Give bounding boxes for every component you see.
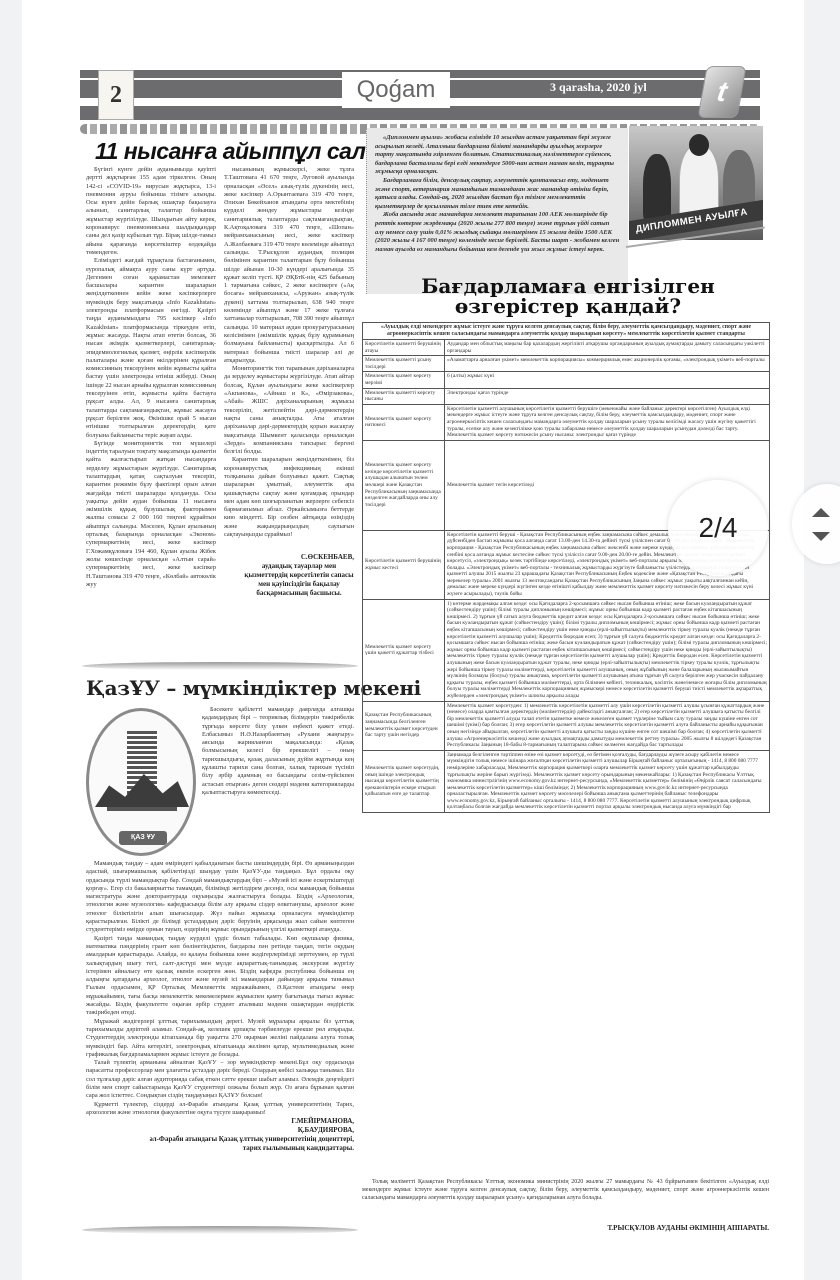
table-row: Мемлекеттік қызмет көрсетудің, оның ішін… (363, 750, 770, 812)
person-figure (643, 154, 671, 220)
author-name: Г.МЕЙІРМАНОВА, (86, 1117, 354, 1126)
section-shadow-divider (82, 1226, 358, 1234)
section-title: Qoǵam (357, 76, 436, 104)
page-number: 2 (110, 82, 122, 109)
scroll-down-arrow-icon[interactable] (812, 532, 830, 541)
masthead: 2 Qoǵam 3 qarasha, 2020 jyl t (80, 70, 760, 120)
table-row: Мемлекеттік қызмет көрсету мерзімі 6 (ал… (363, 372, 770, 388)
page-number-box: 2 (98, 70, 134, 120)
table-key: Мемлекеттік қызмет көрсету нәтижесі (363, 404, 445, 440)
scroll-up-arrow-icon[interactable] (812, 508, 830, 517)
paragraph: Құрметті түлектер, сіздерді әл-Фараби ат… (86, 1101, 354, 1118)
table-value: «Азаматтарға арналған үкімет» мемлекетті… (445, 356, 770, 372)
table-value: Электронды/ қағаз түрінде (445, 388, 770, 404)
table-key: Қазақстан Республикасының заңнамасында б… (363, 701, 445, 750)
author-title: әл-Фараби атындағы Қазақ ұлттық универси… (86, 1135, 354, 1153)
promo-photo: ДИПЛОММЕН АУЫЛҒА (629, 126, 763, 240)
author-title: аудандық тауарлар мен қызметтердің көрсе… (224, 562, 354, 598)
table-value: 6 (алты) жұмыс күні (445, 372, 770, 388)
table-key: Көрсетілетін қызметті берушінің атауы (363, 340, 445, 356)
table-key: Мемлекеттік қызмет көрсетудің, оның ішін… (363, 750, 445, 812)
paragraph: Бүгінгі күнге дейін ауданымызда қауіпті … (86, 166, 216, 257)
promo-box: «Дипломмен ауылға» жобасы елімізде 10 жы… (366, 128, 628, 294)
table-key: Мемлекеттік қызметті көрсету нысаны (363, 388, 445, 404)
table-value: Заңнамада белгіленген тәртіппен өзіне өз… (445, 750, 770, 812)
author-name: Қ.БАУДИЯРОВА, (86, 1126, 354, 1135)
table-row: Көрсетілетін қызметті берушінің атауы Ау… (363, 340, 770, 356)
table-key: Мемлекеттік қызметті ұсыну тәсілдері (363, 356, 445, 372)
publisher-signature: Т.РЫСҚҰЛОВ АУДАНЫ ӘКІМІНІҢ АППАРАТЫ. (362, 1224, 769, 1232)
table-row: Мемлекеттік қызмет көрсету нәтижесі Көрс… (363, 404, 770, 440)
emblem-caption: ҚАЗ ҰУ (119, 831, 167, 845)
article-body: Мамандық таңдау – адам өміріндегі қабылд… (86, 860, 354, 1153)
table-key: Көрсетілетін қызметті берушінің жұмыс ке… (363, 530, 445, 599)
table-title: «Ауылдық елді мекендерге жұмыс істеуге ж… (363, 323, 770, 340)
article-headline: Бағдарламаға енгізілген өзгерістер қанда… (362, 276, 774, 316)
page-indicator: 2/4 (668, 480, 768, 576)
paragraph: Бүгінде мониторингтік топ мүшелері індет… (86, 440, 216, 589)
table-key: Мемлекеттік қызмет көрсету мерзімі (363, 372, 445, 388)
article-intro: Бәсекеге қабілетті мамандар даярлауда ал… (202, 706, 354, 797)
promo-paragraph: «Дипломмен ауылға» жобасы елімізде 10 жы… (375, 134, 620, 177)
paragraph: нысанының жұмыскерсі, жеке тұлға Т.Ташто… (224, 166, 354, 365)
paragraph: Еліміздегі жағдай тұрақтала бастағанымен… (86, 257, 216, 440)
article-column-2: нысанының жұмыскерсі, жеке тұлға Т.Ташто… (224, 166, 354, 598)
table-key: Мемлекеттік қызмет көрсету үшін қажетті … (363, 599, 445, 701)
paragraph: Мониторингтік топ тарапынан дәріханаларғ… (224, 365, 354, 456)
section-shadow-divider (82, 662, 358, 670)
table-row: Мемлекеттік қызметті көрсету нысаны Элек… (363, 388, 770, 404)
article-column-1: Бүгінгі күнге дейін ауданымызда қауіпті … (86, 166, 216, 589)
author-name: С.ӨСКЕНБАЕВ, (224, 553, 354, 562)
issue-date: 3 qarasha, 2020 jyl (550, 80, 647, 95)
paragraph: Қазіргі таңда мамандық таңдау күрделі үр… (86, 935, 354, 1018)
section-title-box: Qoǵam (342, 72, 450, 108)
table-value: Көрсетілетін қызметті алушының көрсетіле… (445, 404, 770, 440)
promo-paragraph: Жоба аясында жас мамандарға мемлекет тар… (375, 211, 620, 254)
table-row: Қазақстан Республикасының заңнамасында б… (363, 701, 770, 750)
table-row: Мемлекеттік қызмет көрсету үшін қажетті … (363, 599, 770, 701)
table-key: Мемлекеттік қызмет көрсету кезінде көрсе… (363, 440, 445, 530)
table-title-row: «Ауылдық елді мекендерге жұмыс істеуге ж… (363, 323, 770, 340)
promo-paragraph: Бағдарламаға білім, денсаулық сақтау, әл… (375, 177, 620, 211)
paragraph: Талай түлектің арманына айналған ҚазҰУ –… (86, 1059, 354, 1100)
footnote: Толық мәліметті Қазақстан Республикасы Ұ… (362, 1178, 769, 1202)
university-emblem: ҚАЗ ҰУ (86, 708, 196, 856)
table-value: 1) көтерме жәрдемақы алған кезде: осы Қа… (445, 599, 770, 701)
table-value: Мемлекеттік қызмет көрсетуден: 1) мемлек… (445, 701, 770, 750)
paragraph: Мұражай жәдігерлері ұлттық тарихымыздың … (86, 1018, 354, 1059)
paragraph: Мамандық таңдау – адам өміріндегі қабылд… (86, 860, 354, 935)
table-value: Аудандар мен облыстық маңызы бар қалалар… (445, 340, 770, 356)
paragraph: Карантин шараларын жеңілдеткенімен, біз … (224, 456, 354, 539)
page-indicator-text: 2/4 (699, 512, 738, 544)
table-row: Мемлекеттік қызметті ұсыну тәсілдері «Аз… (363, 356, 770, 372)
